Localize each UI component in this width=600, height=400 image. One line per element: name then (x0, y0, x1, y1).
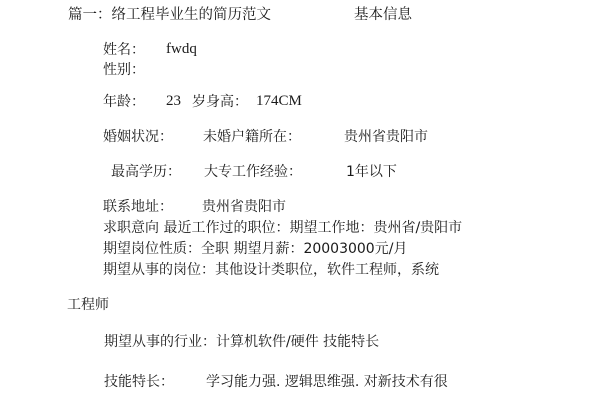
desired-position-line: 期望从事的岗位：其他设计类职位，软件工程师，系统 (103, 261, 439, 279)
marital-value: 未婚户籍所在： (203, 128, 301, 146)
gender-label: 性别： (103, 61, 145, 79)
age-value: 23 (166, 92, 181, 110)
age-label: 年龄： (103, 93, 145, 111)
marital-label: 婚姻状况： (103, 128, 173, 146)
section-heading-basic-info: 基本信息 (354, 6, 412, 24)
address-label: 联系地址： (103, 198, 173, 216)
job-type-salary-line: 期望岗位性质：全职 期望月薪：20003000元/月 (103, 240, 407, 258)
hukou-value: 贵州省贵阳市 (344, 128, 428, 146)
skills-value: 学习能力强. 逻辑思维强. 对新技术有很 (206, 373, 448, 391)
experience-value: 1年以下 (346, 163, 397, 181)
address-value: 贵州省贵阳市 (202, 198, 286, 216)
name-value: fwdq (166, 40, 197, 58)
education-label: 最高学历： (111, 163, 181, 181)
engineer-line: 工程师 (67, 296, 109, 314)
height-label: 岁身高： (192, 93, 248, 111)
name-label: 姓名： (103, 41, 145, 59)
height-value: 174CM (256, 92, 302, 110)
document-title: 篇一：络工程毕业生的简历范文 (68, 6, 271, 24)
job-intent-line: 求职意向 最近工作过的职位：期望工作地：贵州省/贵阳市 (103, 219, 462, 237)
industry-line: 期望从事的行业：计算机软件/硬件 技能特长 (104, 333, 379, 351)
education-value: 大专工作经验： (204, 163, 302, 181)
skills-label: 技能特长： (104, 373, 174, 391)
